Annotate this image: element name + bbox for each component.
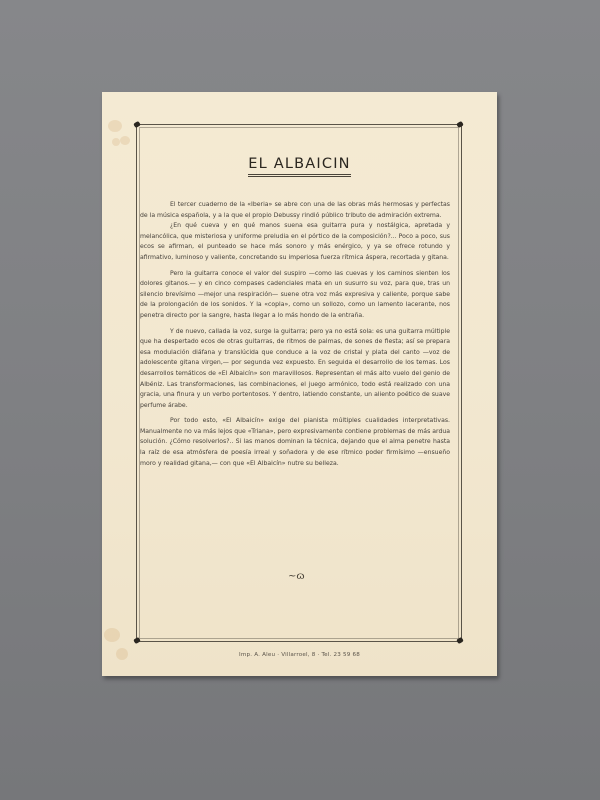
paragraph: Pero la guitarra conoce el valor del sus… [140,269,450,322]
paper-stain [120,136,130,145]
document-body: El tercer cuaderno de la «Iberia» se abr… [140,200,450,474]
printed-sheet: EL ALBAICIN El tercer cuaderno de la «Ib… [102,92,497,676]
border-corner-ornament [456,121,464,128]
paper-stain [112,138,120,146]
border-corner-ornament [456,637,464,644]
paragraph: El tercer cuaderno de la «Iberia» se abr… [140,200,450,221]
paragraph: Por todo esto, «El Albaicín» exige del p… [140,416,450,469]
document-title: EL ALBAICIN [102,156,497,177]
paragraph: Y de nuevo, callada la voz, surge la gui… [140,327,450,412]
paper-stain [104,628,120,642]
printer-imprint: Imp. A. Aleu · Villarroel, 8 · Tel. 23 5… [102,652,497,658]
flourish-ornament-icon: ~ɷ [288,571,305,582]
paper-stain [108,120,122,132]
paragraph: ¿En qué cueva y en qué manos suena esa g… [140,221,450,263]
title-text: EL ALBAICIN [248,156,350,177]
